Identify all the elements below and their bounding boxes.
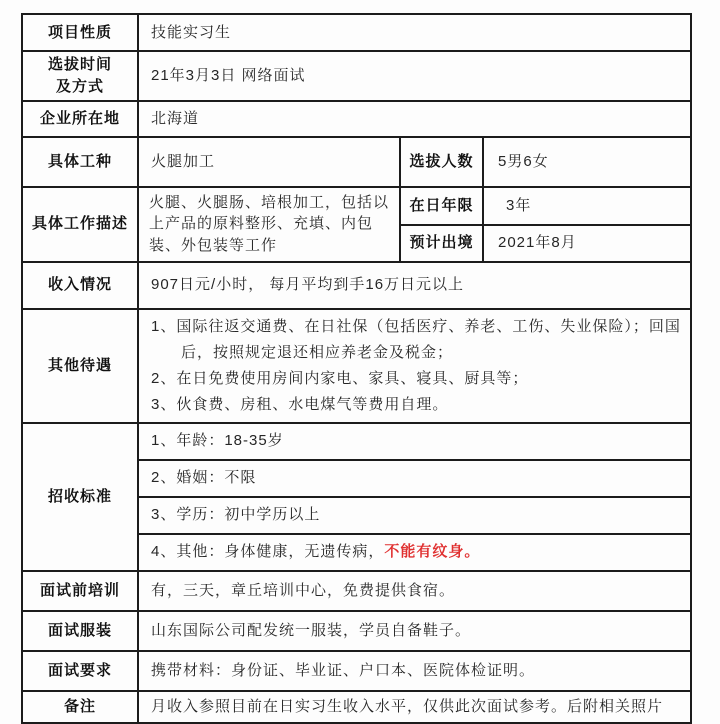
- benefit-item-3: 3、伙食费、房租、水电煤气等费用自理。: [151, 392, 682, 418]
- benefit-item-2: 2、在日免费使用房间内家电、家具、寝具、厨具等；: [151, 366, 682, 392]
- standard-item-4-text: 4、其他：身体健康，无遗传病，: [151, 543, 384, 560]
- value-income: 907日元/小时， 每月平均到手16万日元以上: [138, 262, 691, 309]
- no-tattoo-highlight: 不能有纹身。: [384, 543, 480, 560]
- standard-item-1: 1、年龄：18-35岁: [138, 423, 691, 460]
- standard-item-3: 3、学历：初中学历以上: [138, 497, 691, 534]
- benefit-item-1: 1、国际往返交通费、在日社保（包括医疗、养老、工伤、失业保险）；回国后，按照规定…: [151, 314, 682, 366]
- label-job-description: 具体工作描述: [22, 187, 138, 262]
- label-years-in-japan: 在日年限: [400, 187, 483, 225]
- value-other-benefits: 1、国际往返交通费、在日社保（包括医疗、养老、工伤、失业保险）；回国后，按照规定…: [138, 309, 691, 423]
- label-company-location: 企业所在地: [22, 101, 138, 137]
- document-page: 项目性质 技能实习生 选拔时间 及方式 21年3月3日 网络面试 企业所在地 北…: [0, 0, 720, 718]
- value-interview-requirements: 携带材料：身份证、毕业证、户口本、医院体检证明。: [138, 651, 691, 691]
- value-company-location: 北海道: [138, 101, 691, 137]
- value-job-type: 火腿加工: [138, 137, 400, 187]
- label-income: 收入情况: [22, 262, 138, 309]
- label-pre-interview-training: 面试前培训: [22, 571, 138, 611]
- value-selection-time: 21年3月3日 网络面试: [138, 51, 691, 101]
- value-pre-interview-training: 有，三天，章丘培训中心，免费提供食宿。: [138, 571, 691, 611]
- value-project-nature: 技能实习生: [138, 14, 691, 51]
- standard-item-4: 4、其他：身体健康，无遗传病，不能有纹身。: [138, 534, 691, 571]
- label-recruitment-standards: 招收标准: [22, 423, 138, 571]
- value-years-in-japan: 3年: [483, 187, 691, 225]
- label-interview-attire: 面试服装: [22, 611, 138, 651]
- label-project-nature: 项目性质: [22, 14, 138, 51]
- value-selection-count: 5男6女: [483, 137, 691, 187]
- value-expected-departure: 2021年8月: [483, 225, 691, 262]
- label-expected-departure: 预计出境: [400, 225, 483, 262]
- standard-item-2: 2、婚姻：不限: [138, 460, 691, 497]
- value-interview-attire: 山东国际公司配发统一服装，学员自备鞋子。: [138, 611, 691, 651]
- label-other-benefits: 其他待遇: [22, 309, 138, 423]
- value-job-description: 火腿、火腿肠、培根加工，包括以上产品的原料整形、充填、内包装、外包装等工作: [138, 187, 400, 262]
- label-interview-requirements: 面试要求: [22, 651, 138, 691]
- label-job-type: 具体工种: [22, 137, 138, 187]
- label-selection-time: 选拔时间 及方式: [22, 51, 138, 101]
- recruitment-info-table: 项目性质 技能实习生 选拔时间 及方式 21年3月3日 网络面试 企业所在地 北…: [21, 13, 692, 724]
- label-selection-count: 选拔人数: [400, 137, 483, 187]
